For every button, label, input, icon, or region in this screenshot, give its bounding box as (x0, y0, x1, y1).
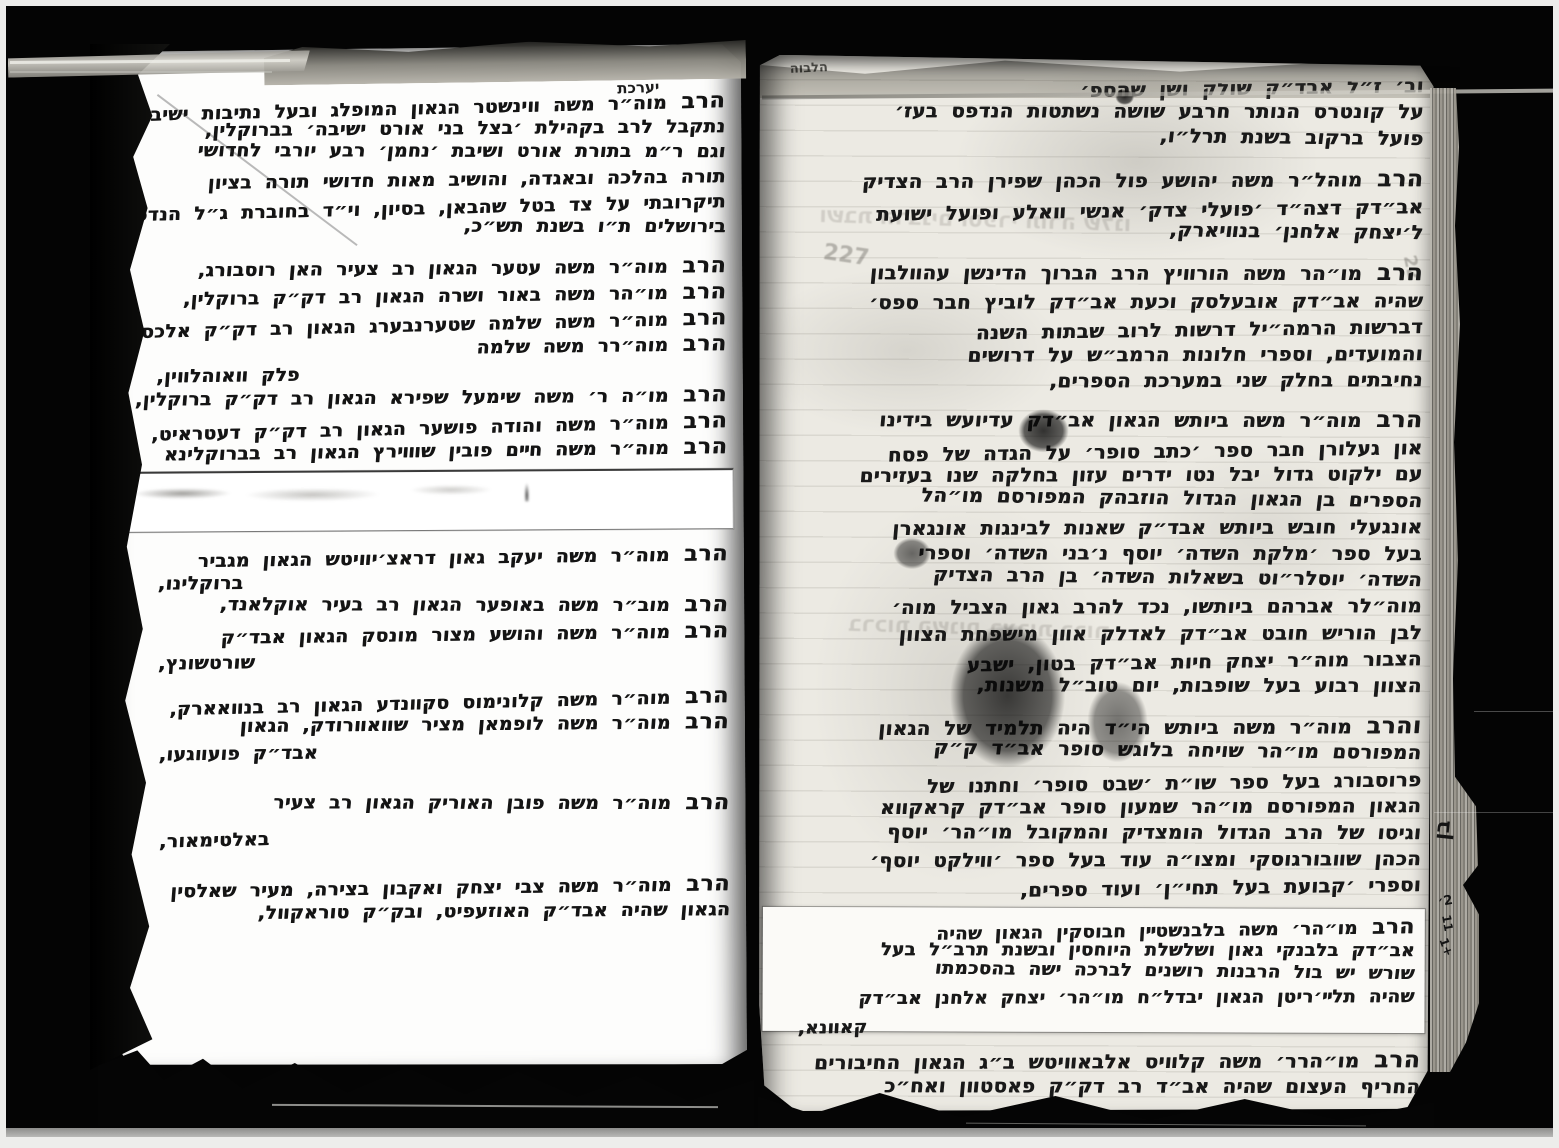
manuscript-line: שהיה תלײ׳ריטן הגאון יבדל״ח מו״הר׳ יצחק א… (771, 985, 1415, 1010)
hairline-scratch (1434, 812, 1553, 813)
manuscript-line: בירושלים ת״ו בשנת תש״כ, (129, 213, 727, 239)
manuscript-line: לבן הוריש חובט אב״דק לאדלק אװן מישפחת הצ… (772, 620, 1423, 649)
entry-lead-word: הרב (668, 408, 727, 434)
entry-lead-word: הרב (668, 382, 728, 407)
entry-lead-word: הרב (669, 618, 729, 644)
manuscript-line: אונגעלי חובש ביותש אבד״ק שאנות לבינגות א… (773, 514, 1424, 543)
fore-edge-mark: 2׳ (1437, 893, 1454, 910)
fore-edge-mark: בן (1429, 819, 1455, 841)
entry-lead-word: הרב (1361, 408, 1424, 434)
entry-lead-word: הרב (670, 709, 730, 734)
fore-edge-mark: 11 (1439, 914, 1456, 933)
manuscript-line: והמועדים, וספרי חלונות הרמב״ש על דרושים (773, 341, 1424, 370)
manuscript-line: אבד״ק פועװגעו, (132, 735, 730, 768)
entry-lead-word: הרב (667, 253, 727, 278)
entry-lead-word: הרב (668, 331, 728, 357)
pasted-slip: הרב מו״הר׳ משה בלבנשטײן חבוסקין הגאון שה… (762, 907, 1424, 1033)
entry-lead-word: הרב (667, 279, 727, 305)
manuscript-line: באלטימאור, (133, 816, 731, 855)
entry-lead-word: הרב (1358, 1047, 1421, 1073)
left-page-top-edge (264, 37, 747, 86)
manuscript-line: הרב מוהל״ר משה יהושע פול הכהן שפירן הרב … (774, 166, 1425, 196)
manuscript-line: מוה״לר אברהם ביותשו, נכד להרב גאון הצביל… (772, 593, 1423, 622)
entry-lead-word: הרב (668, 434, 728, 460)
erased-blank-strip (117, 468, 733, 533)
photo-black-field: יערכת הרב מוה״ר משה װינשטר הגאון המופלג … (6, 6, 1553, 1128)
manuscript-line: הכהן שװבורגוסקי ומצו״ה עוד בעל ספר ׳וױלק… (772, 846, 1423, 875)
left-page: יערכת הרב מוה״ר משה װינשטר הגאון המופלג … (107, 44, 747, 1068)
manuscript-line: וגיסו של הרב הגדול הומצדיק והמקובל מו״הר… (772, 819, 1422, 847)
entry-lead-word: הרב (671, 871, 731, 897)
entry-lead-word: הרב (670, 683, 729, 709)
manuscript-line: הגאון שהיה אבד״ק האוזעפיט, ובק״ק טוראקװל… (133, 897, 731, 927)
manuscript-line: הרב מוה״ר משה לופמאן מציר שװאװרודק, הגאו… (132, 709, 730, 740)
ink-blot (927, 595, 1088, 796)
manuscript-line: הגאון המפורסם מו״הר שמעון סופר אב״דק קרא… (772, 793, 1423, 822)
manuscript-line: הרב מוב״ר משה באופער הגאון רב בעיר אוקלא… (131, 591, 729, 618)
entry-lead-word: הרב (668, 305, 727, 331)
manuscript-line: נחיבתים בחלק שני במערכת הספרים, (773, 367, 1424, 396)
right-page-lines: וב׳ ז״ל אבד״ק שולק ושן שהספ׳על קונטרס הנ… (756, 55, 1434, 1127)
entry-lead-word: הרב (1361, 260, 1424, 286)
manuscript-line: קאװנא, (771, 1008, 1415, 1040)
manuscript-line: הרב מוה״ר משה ביותש הגאון אב״דק עדיועש ב… (773, 406, 1424, 435)
entry-lead-word: הרב (669, 592, 730, 617)
scan-frame-bottom-band (6, 1128, 1553, 1137)
hairline-scratch (1474, 711, 1553, 712)
manuscript-line: הרב מו״הר משה הורװיץ הרב הברוך הדינשן עה… (774, 259, 1425, 288)
entry-lead-word: הרב (666, 88, 725, 114)
entry-lead-word: הרב (670, 790, 731, 815)
ink-blot (886, 531, 938, 575)
entry-lead-word: הרב (1357, 914, 1415, 940)
book-fore-edge-strip (1430, 88, 1480, 1072)
manuscript-line: הרב מו״ה ר׳ משה שימעל שפירא הגאון רב דק״… (130, 382, 728, 413)
right-page: הלבוה ושבת הרבנים וספרי תורה שלנו ברכות … (756, 55, 1434, 1113)
left-page-lines: הרב מוה״ר משה װינשטר הגאון המופלג ובעל נ… (107, 44, 746, 926)
manuscript-line: הרב מוה״ר משה עטער הגאון רב צעיר האן רוס… (129, 253, 727, 284)
entry-lead-word: הרב (669, 541, 729, 567)
manuscript-line: הרב מו״הרר׳ משה קלװיס אלבאװיטש ב״ג הגאון… (771, 1047, 1422, 1077)
manuscript-photo: יערכת הרב מוה״ר משה װינשטר הגאון המופלג … (0, 0, 1559, 1148)
entry-lead-word: הרב (1361, 166, 1424, 192)
ink-blot (1008, 401, 1078, 461)
ink-blot (1075, 666, 1159, 778)
scratch-line (10, 71, 272, 73)
entry-lead-word: והרב (1351, 713, 1423, 739)
manuscript-line: שהיה אב״דק אובעלסק וכעת אב״דק לוביץ חבר … (773, 288, 1424, 317)
manuscript-line: וספרי ׳קבועת בעל תחי״ן׳ ועוד ספרים, (771, 873, 1421, 908)
manuscript-line: הרב מוה״ר משה פובן האוריק הגאון רב צעיר (133, 789, 731, 816)
